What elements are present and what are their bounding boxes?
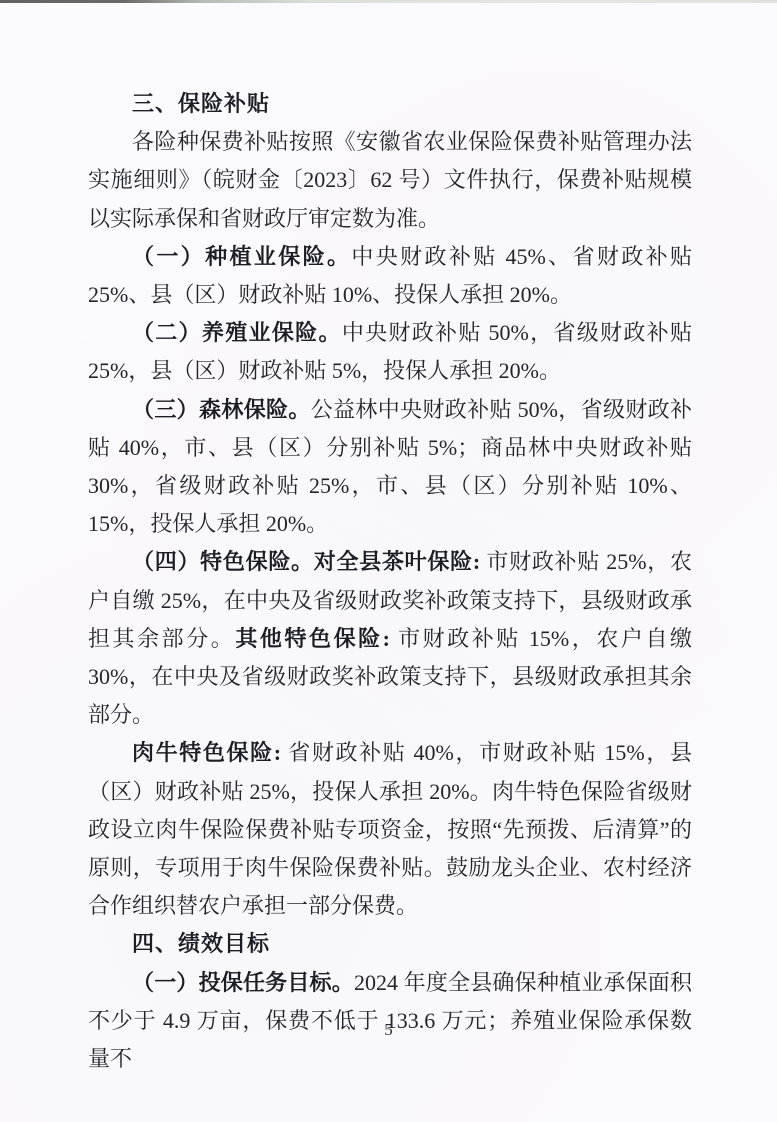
text-run: 省财政补贴 40%，市财政补贴 15%，县（区）财政补贴 25%，投保人承担 2… xyxy=(88,740,692,918)
emphasis-run: （二）养殖业保险。 xyxy=(132,320,342,345)
emphasis-run: 对全县茶叶保险: xyxy=(314,549,480,574)
emphasis-run: 四、绩效目标 xyxy=(132,931,270,956)
emphasis-run: 肉牛特色保险: xyxy=(132,740,281,765)
text-run: 各险种保费补贴按照《安徽省农业保险保费补贴管理办法实施细则》（皖财金〔2023〕… xyxy=(88,129,692,230)
paragraph-forest-insurance: （三）森林保险。公益林中央财政补贴 50%，省级财政补贴 40%，市、县（区）分… xyxy=(88,391,692,544)
document-body: 三、保险补贴各险种保费补贴按照《安徽省农业保险保费补贴管理办法实施细则》（皖财金… xyxy=(88,85,692,1078)
emphasis-run: （一）投保任务目标。 xyxy=(132,970,354,995)
heading-section-3: 三、保险补贴 xyxy=(88,85,692,123)
emphasis-run: （四）特色保险。 xyxy=(132,549,314,574)
heading-section-4: 四、绩效目标 xyxy=(88,925,692,963)
page-number: 5 xyxy=(0,1018,777,1042)
paragraph-beef-cattle-insurance: 肉牛特色保险: 省财政补贴 40%，市财政补贴 15%，县（区）财政补贴 25%… xyxy=(88,734,692,925)
paragraph-breeding-insurance: （二）养殖业保险。中央财政补贴 50%，省级财政补贴 25%，县（区）财政补贴 … xyxy=(88,314,692,390)
emphasis-run: （一）种植业保险。 xyxy=(132,244,351,269)
scan-edge-artifact xyxy=(0,0,777,3)
emphasis-run: 三、保险补贴 xyxy=(132,91,270,116)
emphasis-run: （三）森林保险。 xyxy=(132,397,311,422)
paragraph-special-insurance: （四）特色保险。对全县茶叶保险: 市财政补贴 25%，农户自缴 25%，在中央及… xyxy=(88,543,692,734)
paragraph-planting-insurance: （一）种植业保险。中央财政补贴 45%、省财政补贴 25%、县（区）财政补贴 1… xyxy=(88,238,692,314)
paragraph-subsidy-basis: 各险种保费补贴按照《安徽省农业保险保费补贴管理办法实施细则》（皖财金〔2023〕… xyxy=(88,123,692,238)
emphasis-run: 其他特色保险: xyxy=(235,626,390,651)
document-page: 三、保险补贴各险种保费补贴按照《安徽省农业保险保费补贴管理办法实施细则》（皖财金… xyxy=(0,0,777,1122)
